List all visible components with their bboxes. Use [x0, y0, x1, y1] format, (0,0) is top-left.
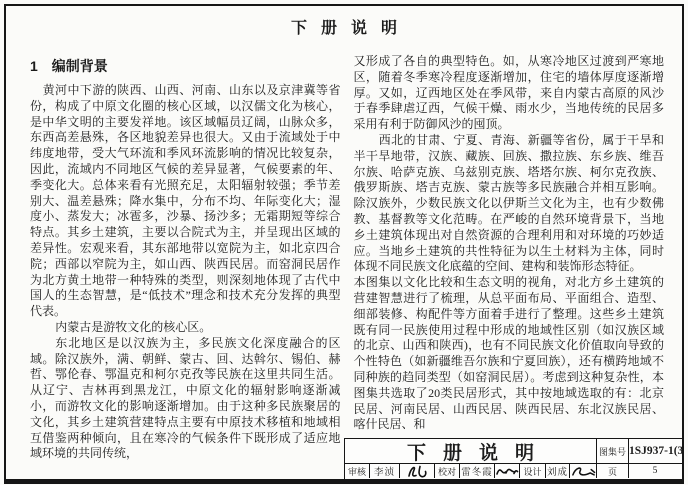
reviewer-signature-icon — [399, 463, 434, 478]
proofreader-label: 校对 — [434, 463, 459, 478]
proofreader-name: 雷冬霞 — [459, 463, 494, 478]
title-block-title: 下册说明 — [345, 439, 596, 463]
left-column: 1 编制背景 黄河中下游的陕西、山西、河南、山东以及京津冀等省份，构成了中原文化… — [30, 54, 341, 476]
reviewer-name: 李浈 — [369, 463, 399, 478]
page-number: 5 — [628, 463, 682, 478]
reviewer-label: 审核 — [345, 463, 369, 478]
section-heading: 1 编制背景 — [30, 56, 341, 76]
paragraph: 内蒙古是游牧文化的核心区。 — [30, 320, 341, 336]
page-label: 页 — [596, 463, 628, 478]
atlas-number-value: 11SJ937-1(3) — [628, 439, 682, 463]
right-column: 又形成了各自的典型特色。如，从寒冷地区过渡到严寒地区，随着冬季寒冷程度逐渐增加，… — [354, 54, 665, 476]
designer-signature-icon — [569, 463, 596, 478]
atlas-number-label: 图集号 — [596, 439, 628, 463]
title-block: 下册说明 图集号 11SJ937-1(3) 审核 李浈 校对 雷冬霞 设计 刘成 — [344, 438, 682, 479]
proofreader-signature-icon — [494, 463, 519, 478]
document-page: 下册说明 1 编制背景 黄河中下游的陕西、山西、河南、山东以及京津冀等省份，构成… — [0, 0, 688, 485]
paragraph: 西北的甘肃、宁夏、青海、新疆等省份，属于干旱和半干旱地带，汉族、藏族、回族、撒拉… — [354, 133, 665, 275]
paragraph: 东北地区是以汉族为主，多民族文化深度融合的区域。除汉族外，满、朝鲜、蒙古、回、达… — [30, 336, 341, 462]
page-title: 下册说明 — [6, 15, 682, 38]
text-columns: 1 编制背景 黄河中下游的陕西、山西、河南、山东以及京津冀等省份，构成了中原文化… — [30, 54, 664, 476]
section-number: 1 — [30, 58, 38, 74]
page-border-frame: 下册说明 1 编制背景 黄河中下游的陕西、山西、河南、山东以及京津冀等省份，构成… — [4, 4, 684, 484]
paragraph: 又形成了各自的典型特色。如，从寒冷地区过渡到严寒地区，随着冬季寒冷程度逐渐增加，… — [354, 54, 665, 133]
section-title: 编制背景 — [52, 56, 108, 76]
paragraph: 黄河中下游的陕西、山西、河南、山东以及京津冀等省份，构成了中原文化圈的核心区域，… — [30, 83, 341, 320]
designer-name: 刘成 — [545, 463, 569, 478]
designer-label: 设计 — [519, 463, 545, 478]
paragraph: 本图集以文化比较和生态文明的视角，对北方乡土建筑的营建智慧进行了梳理，从总平面布… — [354, 275, 665, 433]
